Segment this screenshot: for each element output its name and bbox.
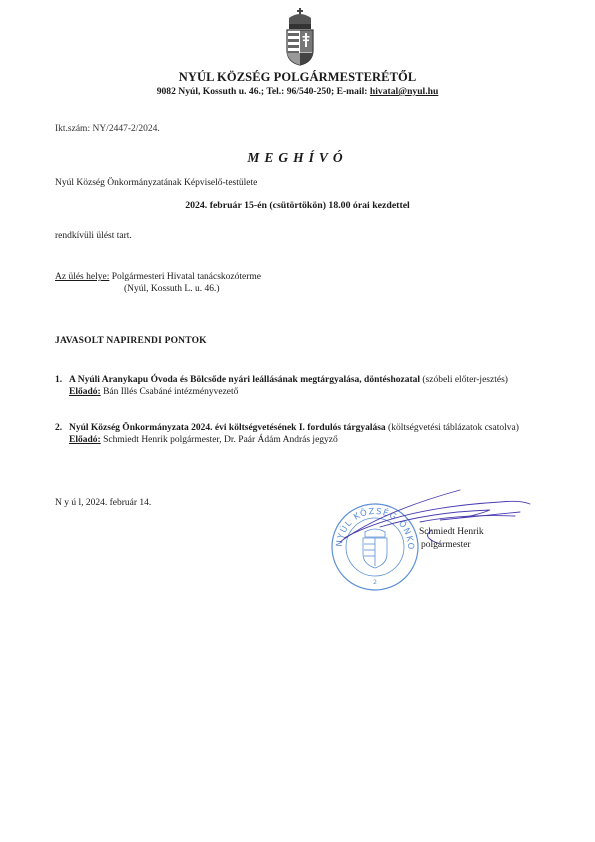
location-address: (Nyúl, Kossuth L. u. 46.) — [124, 284, 220, 294]
agenda-item-number: 2. — [55, 423, 62, 435]
coat-of-arms-icon — [283, 8, 317, 66]
signer-title: polgármester — [421, 540, 471, 550]
place-and-date: N y ú l, 2024. február 14. — [55, 498, 151, 508]
signer-name: Schmiedt Henrik — [419, 527, 484, 537]
presenter-label: Előadó: — [69, 387, 101, 397]
organization-name: NYÚL KÖZSÉG POLGÁRMESTERÉTŐL — [0, 70, 595, 85]
agenda-item-note: (szóbeli előter-jesztés) — [420, 375, 508, 385]
agenda-item: 2. Nyúl Község Önkormányzata 2024. évi k… — [55, 423, 560, 446]
agenda-heading: JAVASOLT NAPIRENDI PONTOK — [55, 336, 207, 346]
agenda-item-number: 1. — [55, 375, 62, 387]
email-link[interactable]: hivatal@nyul.hu — [370, 86, 438, 97]
invitation-body-line1: Nyúl Község Önkormányzatának Képviselő-t… — [55, 178, 257, 188]
presenter-label: Előadó: — [69, 435, 101, 445]
agenda-item-title: A Nyúli Aranykapu Óvoda és Bölcsőde nyár… — [69, 375, 420, 385]
reference-number: Ikt.szám: NY/2447-2/2024. — [55, 124, 160, 134]
agenda-item-note: (költségvetési táblázatok csatolva) — [386, 423, 519, 433]
location-value: Polgármesteri Hivatal tanácskozóterme — [109, 272, 261, 282]
meeting-location: Az ülés helye: Polgármesteri Hivatal tan… — [55, 272, 261, 282]
location-label: Az ülés helye: — [55, 272, 109, 282]
document-title: MEGHÍVÓ — [0, 150, 595, 166]
invitation-body-line3: rendkívüli ülést tart. — [55, 231, 132, 241]
agenda-item: 1. A Nyúli Aranykapu Óvoda és Bölcsőde n… — [55, 375, 560, 398]
presenter-name: Schmiedt Henrik polgármester, Dr. Paár Á… — [101, 435, 338, 445]
svg-text:2: 2 — [373, 579, 377, 586]
meeting-datetime: 2024. február 15-én (csütörtökön) 18.00 … — [0, 200, 595, 211]
agenda-item-title: Nyúl Község Önkormányzata 2024. évi költ… — [69, 423, 386, 433]
organization-contact: 9082 Nyúl, Kossuth u. 46.; Tel.: 96/540-… — [0, 86, 595, 97]
address-text: 9082 Nyúl, Kossuth u. 46.; Tel.: 96/540-… — [157, 86, 370, 97]
presenter-name: Bán Illés Csabáné intézményvezető — [101, 387, 239, 397]
